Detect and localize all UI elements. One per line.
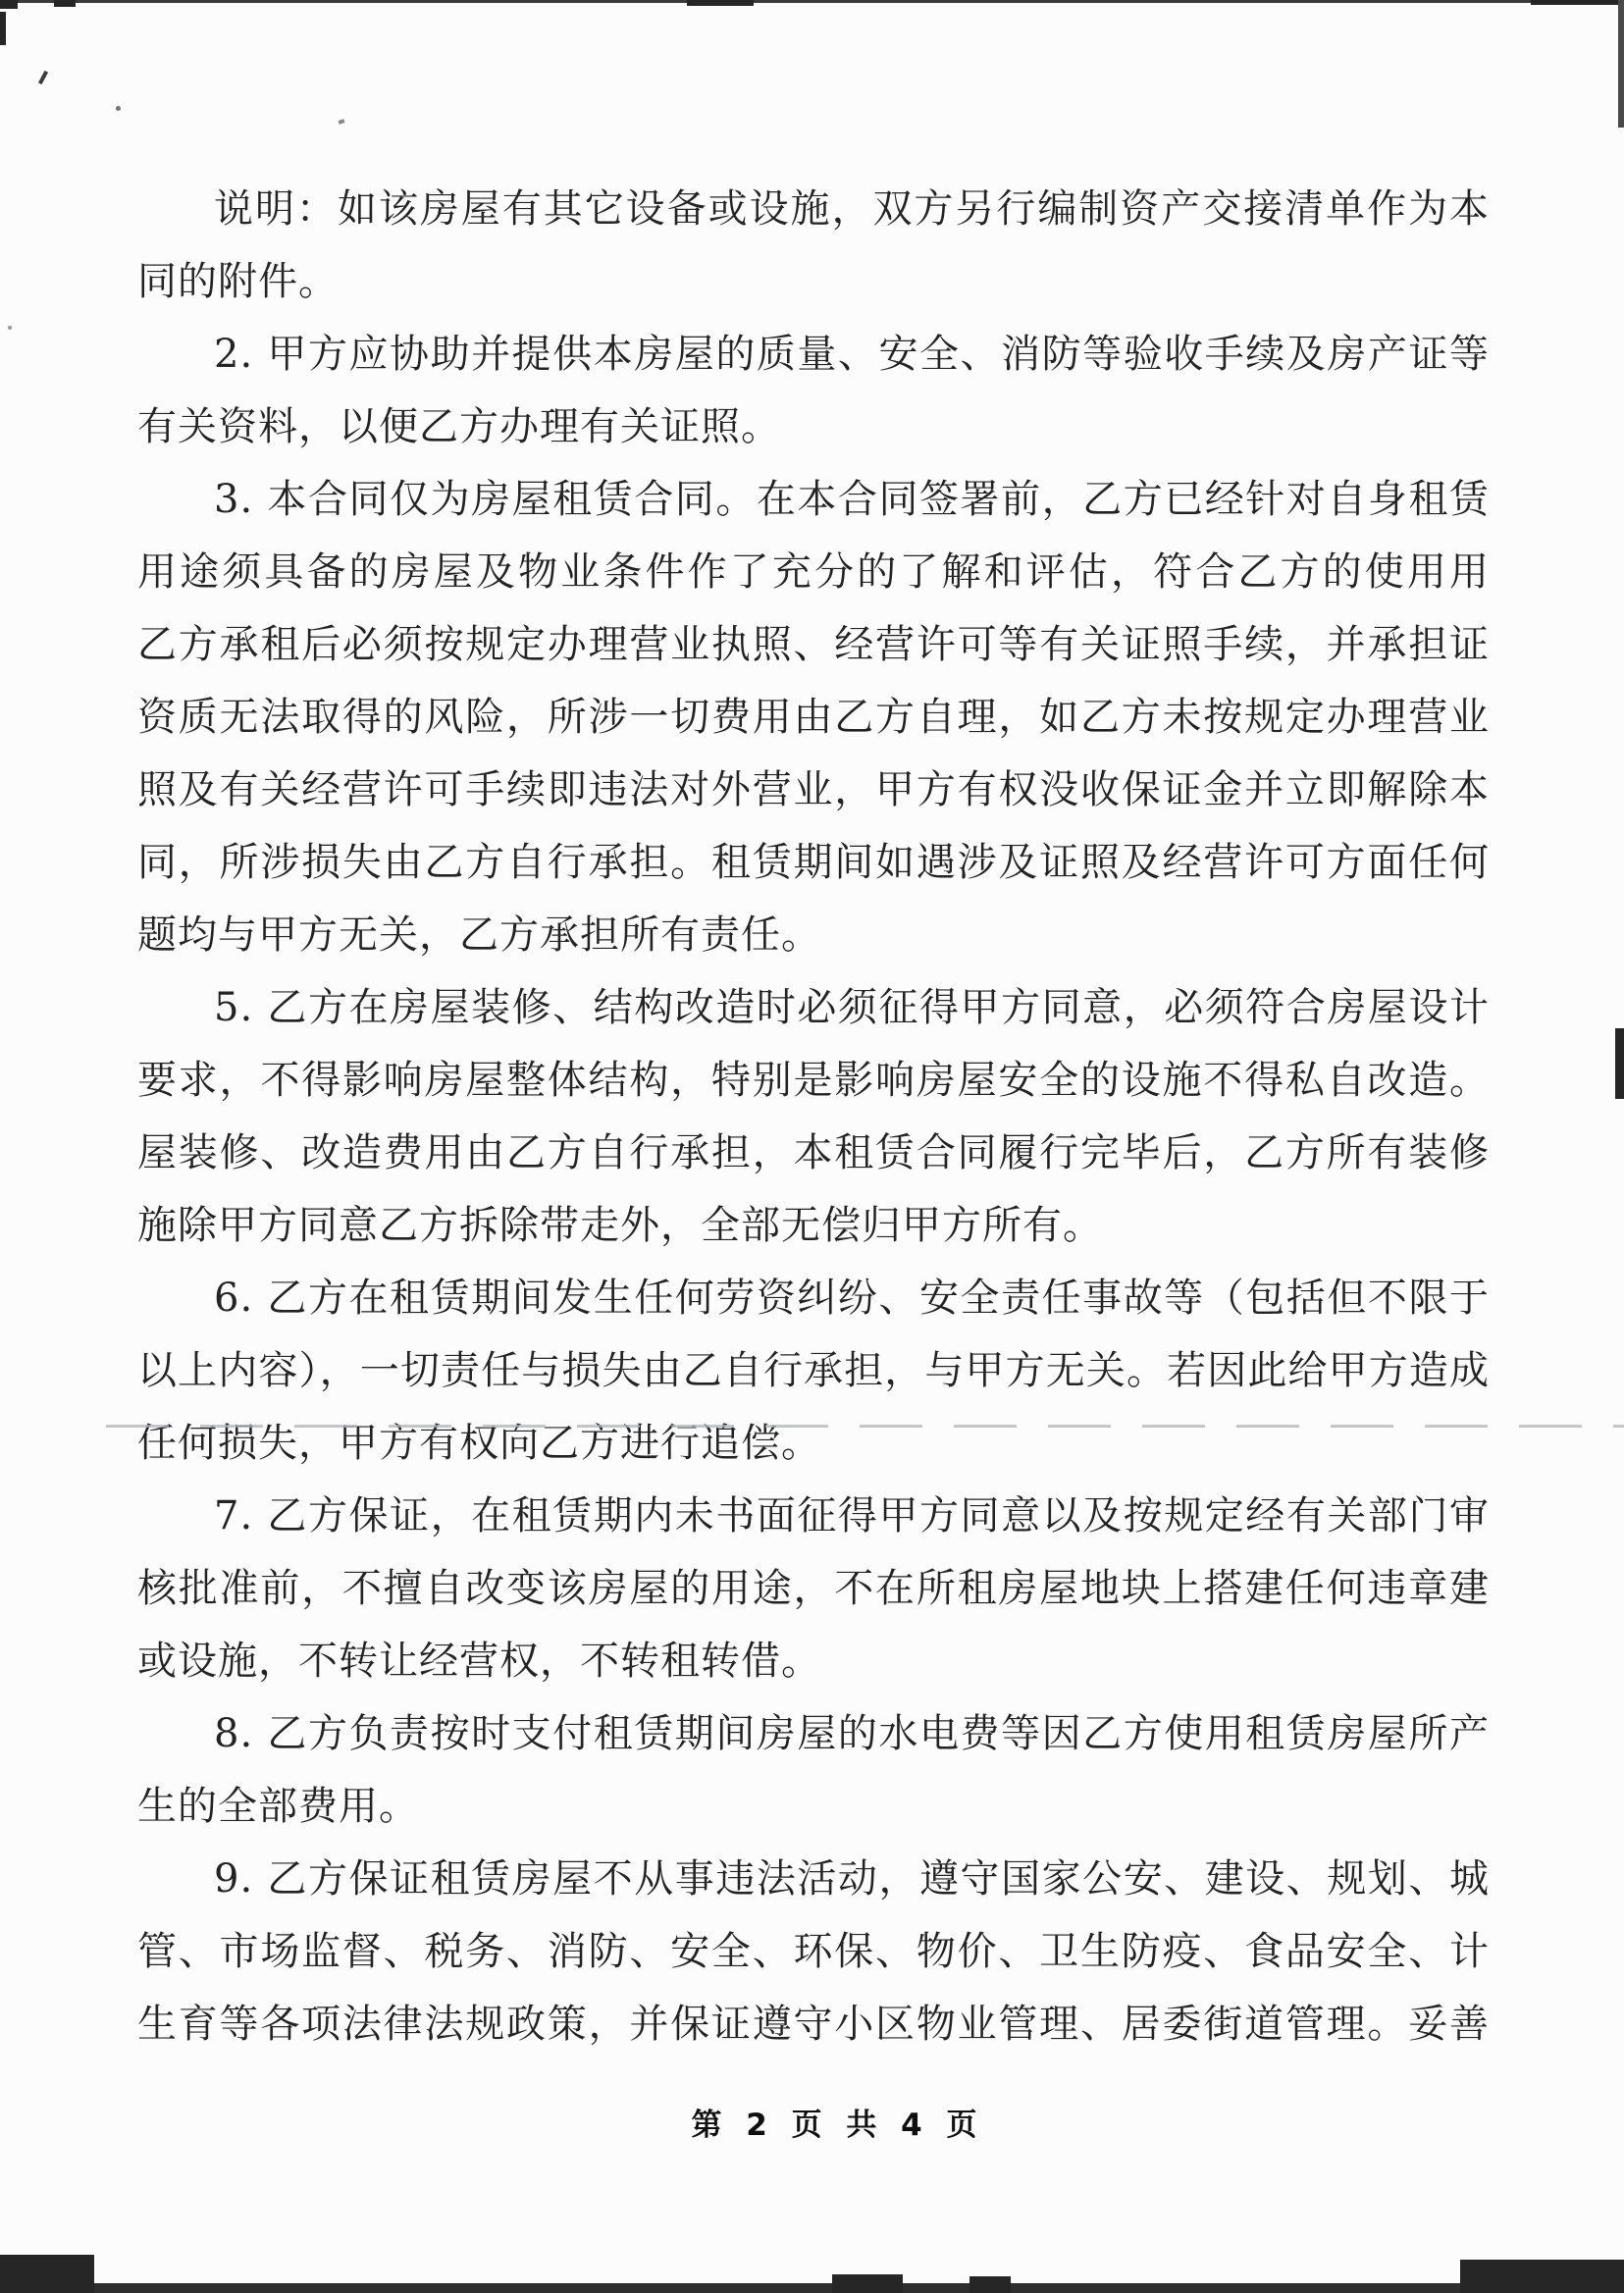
document-line: 7. 乙方保证，在租赁期内未书面征得甲方同意以及按规定经有关部门审 <box>137 1480 1490 1552</box>
page-number-footer: 第 2 页 共 4 页 <box>26 2100 1624 2144</box>
scan-artifact-top-blob <box>687 0 754 6</box>
document-line: 3. 本合同仅为房屋租赁合同。在本合同签署前，乙方已经针对自身租赁 <box>137 463 1490 536</box>
scan-speck <box>338 119 344 125</box>
scan-speck <box>8 326 12 330</box>
document-line: 题均与甲方无关，乙方承担所有责任。 <box>137 899 1490 971</box>
document-line: 说明：如该房屋有其它设备或设施，双方另行编制资产交接清单作为本合 <box>137 173 1490 245</box>
scan-speck <box>116 106 121 111</box>
scan-artifact-bottom-left <box>0 2255 94 2293</box>
scanned-contract-page: 说明：如该房屋有其它设备或设施，双方另行编制资产交接清单作为本合同的附件。2. … <box>0 0 1624 2293</box>
document-content: 说明：如该房屋有其它设备或设施，双方另行编制资产交接清单作为本合同的附件。2. … <box>137 173 1490 2060</box>
scan-speck <box>38 71 48 84</box>
document-line: 9. 乙方保证租赁房屋不从事违法活动，遵守国家公安、建设、规划、城 <box>137 1843 1490 1915</box>
document-line: 同的附件。 <box>137 245 1490 318</box>
scan-artifact-right-edge <box>1618 0 1624 128</box>
scan-artifact-top-edge <box>0 0 1624 3</box>
document-line: 有关资料，以便乙方办理有关证照。 <box>137 391 1490 463</box>
document-line: 5. 乙方在房屋装修、结构改造时必须征得甲方同意，必须符合房屋设计 <box>137 971 1490 1044</box>
document-line: 用途须具备的房屋及物业条件作了充分的了解和评估，符合乙方的使用用途， <box>137 536 1490 608</box>
document-line: 或设施，不转让经营权，不转租转借。 <box>137 1625 1490 1697</box>
document-line: 以上内容），一切责任与损失由乙自行承担，与甲方无关。若因此给甲方造成 <box>137 1334 1490 1407</box>
document-line: 生育等各项法律法规政策，并保证遵守小区物业管理、居委街道管理。妥善保 <box>137 1988 1490 2060</box>
document-line: 8. 乙方负责按时支付租赁期间房屋的水电费等因乙方使用租赁房屋所产 <box>137 1697 1490 1770</box>
document-line: 照及有关经营许可手续即违法对外营业，甲方有权没收保证金并立即解除本合 <box>137 754 1490 826</box>
document-line: 乙方承租后必须按规定办理营业执照、经营许可等有关证照手续，并承担证照 <box>137 608 1490 681</box>
scan-artifact-top-left <box>0 0 18 9</box>
document-line: 2. 甲方应协助并提供本房屋的质量、安全、消防等验收手续及房产证等 <box>137 318 1490 391</box>
document-line: 6. 乙方在租赁期间发生任何劳资纠纷、安全责任事故等（包括但不限于 <box>137 1262 1490 1334</box>
document-line: 同，所涉损失由乙方自行承担。租赁期间如遇涉及证照及经营许可方面任何问 <box>137 826 1490 899</box>
document-line: 资质无法取得的风险，所涉一切费用由乙方自理，如乙方未按规定办理营业执 <box>137 681 1490 754</box>
document-line: 管、市场监督、税务、消防、安全、环保、物价、卫生防疫、食品安全、计划 <box>137 1915 1490 1988</box>
scan-artifact-top-right <box>1531 0 1624 5</box>
scan-artifact-bottom-right <box>1460 2260 1624 2293</box>
document-line: 核批准前，不擅自改变该房屋的用途，不在所租房屋地块上搭建任何违章建筑 <box>137 1552 1490 1625</box>
document-line: 生的全部费用。 <box>137 1770 1490 1843</box>
document-line: 任何损失，甲方有权向乙方进行追偿。 <box>137 1407 1490 1480</box>
scan-artifact-bottom-edge <box>0 2283 1624 2293</box>
scan-artifact-right-blob <box>1615 1028 1624 1099</box>
scan-artifact-left-edge <box>0 12 6 45</box>
document-line: 屋装修、改造费用由乙方自行承担，本租赁合同履行完毕后，乙方所有装修设 <box>137 1117 1490 1189</box>
scan-artifact-top-blob <box>54 0 76 7</box>
scan-artifact-bottom-blob <box>969 2276 1011 2293</box>
document-line: 施除甲方同意乙方拆除带走外，全部无偿归甲方所有。 <box>137 1189 1490 1262</box>
scan-artifact-horizontal-line <box>106 1425 1624 1428</box>
scan-artifact-bottom-blob <box>832 2274 903 2293</box>
document-line: 要求，不得影响房屋整体结构，特别是影响房屋安全的设施不得私自改造。房 <box>137 1044 1490 1117</box>
